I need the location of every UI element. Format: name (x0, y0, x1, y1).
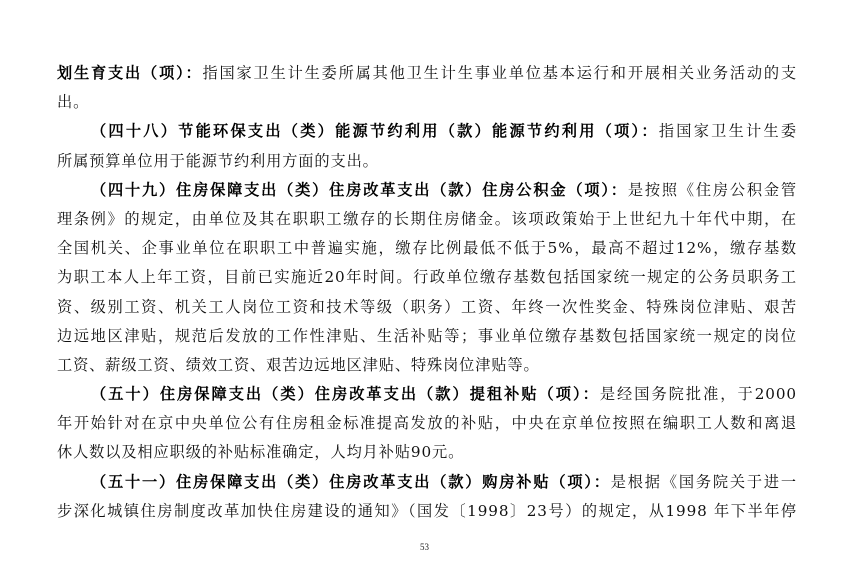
paragraph-line: 全国机关、企事业单位在职职工中普遍实施，缴存比例最低不低于5%，最高不超过12%… (57, 234, 797, 263)
paragraph-line: 理条例》的规定，由单位及其在职职工缴存的长期住房储金。该项政策始于上世纪九十年代… (57, 205, 797, 234)
item-description: 工资、薪级工资、绩效工资、艰苦边远地区津贴、特殊岗位津贴等。 (57, 356, 540, 374)
item-description: 是经国务院批准，于2000 (600, 385, 797, 403)
paragraph-line: （四十九）住房保障支出（类）住房改革支出（款）住房公积金（项）：是按照《住房公积… (57, 176, 797, 205)
item-description: 步深化城镇住房制度改革加快住房建设的通知》（国发〔1998〕23号）的规定，从1… (57, 502, 797, 520)
paragraph-line: 出。 (57, 88, 797, 117)
item-description: 指国家卫生计生委所属其他卫生计生事业单位基本运行和开展相关业务活动的支 (203, 64, 798, 82)
item-description: 出。 (57, 93, 89, 111)
item-description: 理条例》的规定，由单位及其在职职工缴存的长期住房储金。该项政策始于上世纪九十年代… (57, 210, 797, 228)
paragraph-line: 年开始针对在京中央单位公有住房租金标准提高发放的补贴，中央在京单位按照在编职工人… (57, 409, 797, 438)
item-description: 指国家卫生计生委 (659, 122, 797, 140)
paragraph-line: （五十）住房保障支出（类）住房改革支出（款）提租补贴（项）：是经国务院批准，于2… (57, 380, 797, 409)
page-body: 划生育支出（项）：指国家卫生计生委所属其他卫生计生事业单位基本运行和开展相关业务… (57, 59, 797, 526)
item-heading: （四十九）住房保障支出（类）住房改革支出（款）住房公积金（项）： (91, 181, 628, 199)
item-description: 资、级别工资、机关工人岗位工资和技术等级（职务）工资、年终一次性奖金、特殊岗位津… (57, 298, 797, 316)
paragraph-line: 为职工本人上年工资，目前已实施近20年时间。行政单位缴存基数包括国家统一规定的公… (57, 263, 797, 292)
item-description: 全国机关、企事业单位在职职工中普遍实施，缴存比例最低不低于5%，最高不超过12%… (57, 239, 797, 257)
item-heading: （五十一）住房保障支出（类）住房改革支出（款）购房补贴（项）： (91, 473, 611, 491)
item-description: 边远地区津贴，规范后发放的工作性津贴、生活补贴等；事业单位缴存基数包括国家统一规… (57, 327, 797, 345)
paragraph-line: 休人数以及相应职级的补贴标准确定，人均月补贴90元。 (57, 438, 797, 467)
item-description: 是按照《住房公积金管 (628, 181, 797, 199)
paragraph-line: 边远地区津贴，规范后发放的工作性津贴、生活补贴等；事业单位缴存基数包括国家统一规… (57, 322, 797, 351)
document-page: 划生育支出（项）：指国家卫生计生委所属其他卫生计生事业单位基本运行和开展相关业务… (0, 0, 854, 584)
item-description: 年开始针对在京中央单位公有住房租金标准提高发放的补贴，中央在京单位按照在编职工人… (57, 414, 797, 432)
item-description: 休人数以及相应职级的补贴标准确定，人均月补贴90元。 (57, 443, 464, 461)
item-heading: （五十）住房保障支出（类）住房改革支出（款）提租补贴（项）： (91, 385, 600, 403)
item-description: 所属预算单位用于能源节约利用方面的支出。 (57, 152, 379, 170)
page-number: 53 (420, 542, 429, 552)
paragraph-line: 步深化城镇住房制度改革加快住房建设的通知》（国发〔1998〕23号）的规定，从1… (57, 497, 797, 526)
paragraph-line: 资、级别工资、机关工人岗位工资和技术等级（职务）工资、年终一次性奖金、特殊岗位津… (57, 293, 797, 322)
item-description: 是根据《国务院关于进一 (611, 473, 797, 491)
paragraph-line: （四十八）节能环保支出（类）能源节约利用（款）能源节约利用（项）：指国家卫生计生… (57, 117, 797, 146)
item-heading: 划生育支出（项）： (57, 64, 203, 82)
item-heading: （四十八）节能环保支出（类）能源节约利用（款）能源节约利用（项）： (91, 122, 659, 140)
paragraph-line: （五十一）住房保障支出（类）住房改革支出（款）购房补贴（项）：是根据《国务院关于… (57, 468, 797, 497)
paragraph-line: 划生育支出（项）：指国家卫生计生委所属其他卫生计生事业单位基本运行和开展相关业务… (57, 59, 797, 88)
paragraph-line: 所属预算单位用于能源节约利用方面的支出。 (57, 147, 797, 176)
item-description: 为职工本人上年工资，目前已实施近20年时间。行政单位缴存基数包括国家统一规定的公… (57, 268, 797, 286)
paragraph-line: 工资、薪级工资、绩效工资、艰苦边远地区津贴、特殊岗位津贴等。 (57, 351, 797, 380)
